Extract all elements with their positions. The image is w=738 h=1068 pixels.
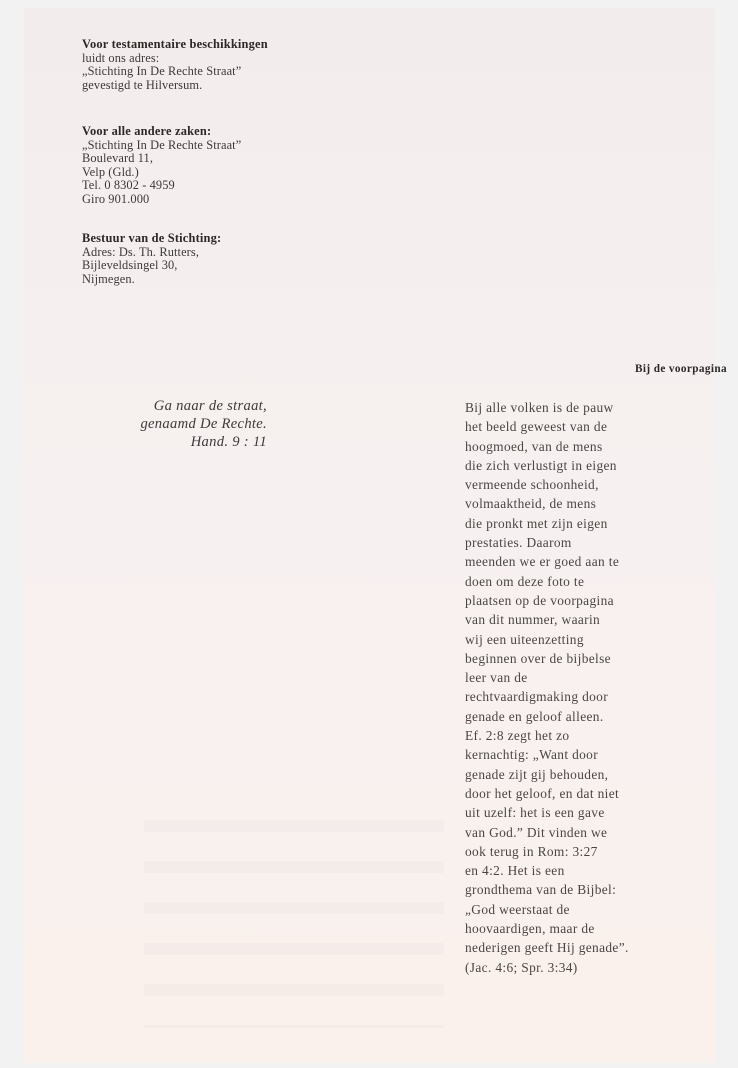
testament-line: gevestigd te Hilversum. [82, 79, 268, 93]
article-line: doen om deze foto te [465, 572, 735, 591]
article-line: genade en geloof alleen. [465, 707, 735, 726]
article-line: die zich verlustigt in eigen [465, 456, 735, 475]
article-line: leer van de [465, 668, 735, 687]
article-line: ook terug in Rom: 3:27 [465, 842, 735, 861]
article-line: Ef. 2:8 zegt het zo [465, 726, 735, 745]
article-line: rechtvaardigmaking door [465, 687, 735, 706]
article-line: het beeld geweest van de [465, 417, 735, 436]
article-line: nederigen geeft Hij genade”. [465, 938, 735, 957]
article-line: door het geloof, en dat niet [465, 784, 735, 803]
article-line: volmaaktheid, de mens [465, 494, 735, 513]
bleed-through-text [144, 798, 444, 1028]
article-line: genade zijt gij behouden, [465, 765, 735, 784]
article-line: kernachtig: „Want door [465, 745, 735, 764]
article-line: hoovaardigen, maar de [465, 919, 735, 938]
article-body: Bij alle volken is de pauwhet beeld gewe… [465, 372, 735, 977]
board-line: Nijmegen. [82, 273, 221, 287]
article-line: die pronkt met zijn eigen [465, 514, 735, 533]
testament-address-block: Voor testamentaire beschikkingen luidt o… [82, 38, 268, 92]
article-line: prestaties. Daarom [465, 533, 735, 552]
board-address-block: Bestuur van de Stichting: Adres: Ds. Th.… [82, 232, 221, 286]
quote-line: Ga naar de straat, [62, 397, 267, 415]
quote-reference: Hand. 9 : 11 [62, 433, 267, 451]
scanned-page: Voor testamentaire beschikkingen luidt o… [24, 8, 715, 1063]
other-matters-line: Velp (Gld.) [82, 166, 241, 180]
testament-line: luidt ons adres: [82, 52, 268, 66]
testament-line: „Stichting In De Rechte Straat” [82, 65, 268, 79]
article-line: grondthema van de Bijbel: [465, 880, 735, 899]
quote-line: genaamd De Rechte. [62, 415, 267, 433]
other-matters-line: Boulevard 11, [82, 152, 241, 166]
article-line: en 4:2. Het is een [465, 861, 735, 880]
board-line: Bijleveldsingel 30, [82, 259, 221, 273]
other-matters-line: „Stichting In De Rechte Straat” [82, 139, 241, 153]
other-matters-address-block: Voor alle andere zaken: „Stichting In De… [82, 125, 241, 207]
article-line: meenden we er goed aan te [465, 552, 735, 571]
article-line: vermeende schoonheid, [465, 475, 735, 494]
article-line: uit uzelf: het is een gave [465, 803, 735, 822]
article-line: (Jac. 4:6; Spr. 3:34) [465, 958, 735, 977]
giro-number: Giro 901.000 [82, 193, 241, 207]
article-line: beginnen over de bijbelse [465, 649, 735, 668]
board-heading: Bestuur van de Stichting: [82, 232, 221, 246]
article-line: van dit nummer, waarin [465, 610, 735, 629]
article-line: plaatsen op de voorpagina [465, 591, 735, 610]
article-line: „God weerstaat de [465, 900, 735, 919]
phone-number: Tel. 0 8302 - 4959 [82, 179, 241, 193]
board-line: Adres: Ds. Th. Rutters, [82, 246, 221, 260]
article-line: hoogmoed, van de mens [465, 437, 735, 456]
article-line: Bij alle volken is de pauw [465, 398, 735, 417]
article-line: wij een uiteenzetting [465, 630, 735, 649]
scripture-quote: Ga naar de straat, genaamd De Rechte. Ha… [62, 397, 267, 452]
testament-heading: Voor testamentaire beschikkingen [82, 38, 268, 52]
other-matters-heading: Voor alle andere zaken: [82, 125, 241, 139]
article-line: van God.” Dit vinden we [465, 823, 735, 842]
